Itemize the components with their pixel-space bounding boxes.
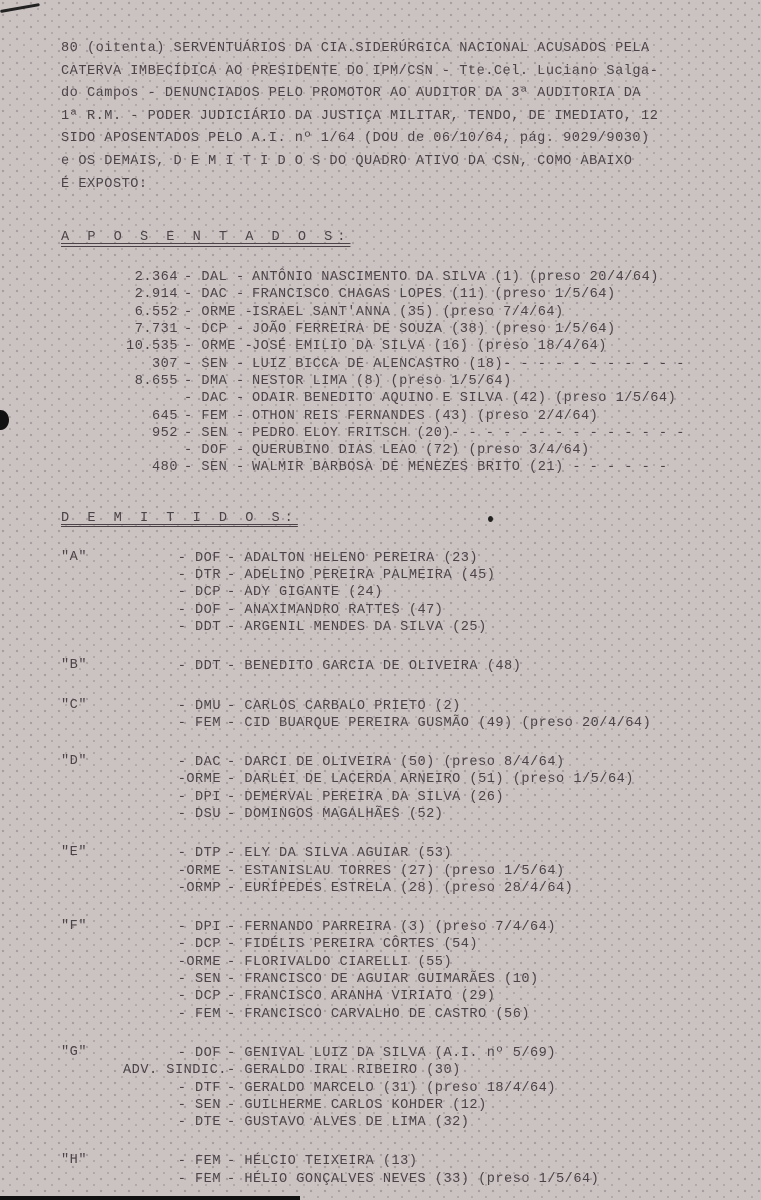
intro-paragraph: 80 (oitenta) SERVENTUÁRIOS DA CIA.SIDERÚ… — [61, 38, 741, 196]
demitido-row: -ORME- DARLEI DE LACERDA ARNEIRO (51) (p… — [123, 771, 741, 788]
group-letter: "H" — [61, 1153, 123, 1188]
department-code: - DAC - — [178, 390, 252, 407]
department-code: -ORME — [123, 954, 227, 971]
aposentados-heading: A P O S E N T A D O S: — [61, 230, 741, 245]
aposentado-row: 307- SEN -LUIZ BICCA DE ALENCASTRO (18)-… — [61, 356, 741, 373]
separator: - — [227, 584, 244, 601]
department-code: - DOF — [123, 602, 227, 619]
department-code: - FEM — [123, 1153, 227, 1170]
separator: - — [227, 1171, 244, 1188]
employee-name: BENEDITO GARCIA DE OLIVEIRA (48) — [244, 658, 521, 675]
separator: - — [227, 602, 244, 619]
separator: - — [227, 619, 244, 636]
group-letter: "B" — [61, 658, 123, 675]
aposentado-row: 2.914- DAC -FRANCISCO CHAGAS LOPES (11) … — [61, 286, 741, 303]
employee-name: WALMIR BARBOSA DE MENEZES BRITO (21) - -… — [252, 459, 668, 476]
demitido-row: -ORME- FLORIVALDO CIARELLI (55) — [123, 954, 741, 971]
group-entries: - DOF- GENIVAL LUIZ DA SILVA (A.I. nº 5/… — [123, 1045, 741, 1131]
department-code: - DMA - — [178, 373, 252, 390]
separator: - — [227, 550, 244, 567]
demitidos-list: "A"- DOF- ADALTON HELENO PEREIRA (23)- D… — [61, 550, 741, 1188]
separator: - — [227, 880, 244, 897]
intro-line: 1ª R.M. - PODER JUDICIÁRIO DA JUSTIÇA MI… — [61, 106, 741, 129]
demitido-row: - FEM- HÉLIO GONÇALVES NEVES (33) (preso… — [123, 1171, 741, 1188]
employee-name: JOÃO FERREIRA DE SOUZA (38) (preso 1/5/6… — [252, 321, 616, 338]
separator: - — [227, 1062, 244, 1079]
separator: - — [227, 863, 244, 880]
separator: - — [227, 954, 244, 971]
demitido-row: - DCP- FIDÉLIS PEREIRA CÔRTES (54) — [123, 936, 741, 953]
group-entries: - DAC- DARCI DE OLIVEIRA (50) (preso 8/4… — [123, 754, 741, 823]
separator: - — [227, 1097, 244, 1114]
separator: - — [227, 567, 244, 584]
demitidos-heading: D E M I T I D O S: — [61, 511, 741, 526]
separator: - — [227, 919, 244, 936]
employee-name: FIDÉLIS PEREIRA CÔRTES (54) — [244, 936, 478, 953]
department-code: - SEN - — [178, 459, 252, 476]
demitido-row: -ORME- ESTANISLAU TORRES (27) (preso 1/5… — [123, 863, 741, 880]
employee-name: ARGENIL MENDES DA SILVA (25) — [244, 619, 486, 636]
demitido-row: - SEN- FRANCISCO DE AGUIAR GUIMARÃES (10… — [123, 971, 741, 988]
employee-name: FRANCISCO CARVALHO DE CASTRO (56) — [244, 1006, 530, 1023]
department-code: - DOF - — [178, 442, 252, 459]
employee-name: DOMINGOS MAGALHÃES (52) — [244, 806, 443, 823]
employee-name: GERALDO MARCELO (31) (preso 18/4/64) — [244, 1080, 556, 1097]
employee-name: FRANCISCO CHAGAS LOPES (11) (preso 1/5/6… — [252, 286, 616, 303]
employee-name: ESTANISLAU TORRES (27) (preso 1/5/64) — [244, 863, 564, 880]
group-letter: "D" — [61, 754, 123, 823]
department-code: - DTF — [123, 1080, 227, 1097]
department-code: - DAC - — [178, 286, 252, 303]
department-code: - SEN — [123, 1097, 227, 1114]
employee-name: LUIZ BICCA DE ALENCASTRO (18)- - - - - -… — [252, 356, 685, 373]
employee-name: GUILHERME CARLOS KOHDER (12) — [244, 1097, 486, 1114]
separator: - — [227, 845, 244, 862]
separator: - — [227, 936, 244, 953]
employee-name: FERNANDO PARREIRA (3) (preso 7/4/64) — [244, 919, 556, 936]
employee-name: ANAXIMANDRO RATTES (47) — [244, 602, 443, 619]
letter-group: "A"- DOF- ADALTON HELENO PEREIRA (23)- D… — [61, 550, 741, 636]
employee-name: CID BUARQUE PEREIRA GUSMÃO (49) (preso 2… — [244, 715, 651, 732]
demitido-row: - FEM- HÉLCIO TEIXEIRA (13) — [123, 1153, 741, 1170]
employee-name: ADALTON HELENO PEREIRA (23) — [244, 550, 478, 567]
registration-number — [61, 442, 178, 459]
intro-line: e OS DEMAIS, D E M I T I D O S DO QUADRO… — [61, 151, 741, 174]
registration-number: 6.552 — [61, 304, 178, 321]
registration-number: 480 — [61, 459, 178, 476]
typewritten-document: 80 (oitenta) SERVENTUÁRIOS DA CIA.SIDERÚ… — [61, 38, 741, 1188]
aposentado-row: 8.655- DMA -NESTOR LIMA (8) (preso 1/5/6… — [61, 373, 741, 390]
demitido-row: - DTF- GERALDO MARCELO (31) (preso 18/4/… — [123, 1080, 741, 1097]
aposentado-row: 645- FEM -OTHON REIS FERNANDES (43) (pre… — [61, 408, 741, 425]
demitido-row: - DSU- DOMINGOS MAGALHÃES (52) — [123, 806, 741, 823]
employee-name: FLORIVALDO CIARELLI (55) — [244, 954, 452, 971]
department-code: - DPI — [123, 919, 227, 936]
demitido-row: - FEM- CID BUARQUE PEREIRA GUSMÃO (49) (… — [123, 715, 741, 732]
letter-group: "G"- DOF- GENIVAL LUIZ DA SILVA (A.I. nº… — [61, 1045, 741, 1131]
group-entries: - DTP- ELY DA SILVA AGUIAR (53)-ORME- ES… — [123, 845, 741, 897]
department-code: - DCP — [123, 584, 227, 601]
department-code: - DTE — [123, 1114, 227, 1131]
department-code: - FEM — [123, 1006, 227, 1023]
group-letter: "F" — [61, 919, 123, 1023]
group-entries: - DMU- CARLOS CARBALO PRIETO (2)- FEM- C… — [123, 698, 741, 733]
demitido-row: - DDT- ARGENIL MENDES DA SILVA (25) — [123, 619, 741, 636]
department-code: ADV. SINDIC. — [123, 1062, 227, 1079]
separator: - — [227, 1080, 244, 1097]
department-code: - DDT — [123, 658, 227, 675]
group-letter: "A" — [61, 550, 123, 636]
department-code: - DTP — [123, 845, 227, 862]
letter-group: "F"- DPI- FERNANDO PARREIRA (3) (preso 7… — [61, 919, 741, 1023]
separator: - — [227, 789, 244, 806]
department-code: -ORME — [123, 771, 227, 788]
employee-name: HÉLIO GONÇALVES NEVES (33) (preso 1/5/64… — [244, 1171, 599, 1188]
department-code: - ORME - — [178, 338, 252, 355]
employee-name: EURÍPEDES ESTRELA (28) (preso 28/4/64) — [244, 880, 573, 897]
aposentado-row: - DAC -ODAIR BENEDITO AQUINO E SILVA (42… — [61, 390, 741, 407]
department-code: - DOF — [123, 550, 227, 567]
department-code: - FEM — [123, 715, 227, 732]
department-code: - DMU — [123, 698, 227, 715]
registration-number: 7.731 — [61, 321, 178, 338]
department-code: - FEM - — [178, 408, 252, 425]
letter-group: "B"- DDT- BENEDITO GARCIA DE OLIVEIRA (4… — [61, 658, 741, 675]
registration-number: 645 — [61, 408, 178, 425]
separator: - — [227, 698, 244, 715]
employee-name: DARCI DE OLIVEIRA (50) (preso 8/4/64) — [244, 754, 564, 771]
group-entries: - DOF- ADALTON HELENO PEREIRA (23)- DTR-… — [123, 550, 741, 636]
department-code: - FEM — [123, 1171, 227, 1188]
separator: - — [227, 771, 244, 788]
group-entries: - FEM- HÉLCIO TEIXEIRA (13)- FEM- HÉLIO … — [123, 1153, 741, 1188]
page-edge — [0, 1196, 300, 1200]
intro-line: do Campos - DENUNCIADOS PELO PROMOTOR AO… — [61, 83, 741, 106]
separator: - — [227, 715, 244, 732]
separator: - — [227, 1153, 244, 1170]
demitido-row: - DCP- FRANCISCO ARANHA VIRIATO (29) — [123, 988, 741, 1005]
aposentado-row: 952- SEN -PEDRO ELOY FRITSCH (20)- - - -… — [61, 425, 741, 442]
department-code: - DCP — [123, 988, 227, 1005]
employee-name: JOSÉ EMILIO DA SILVA (16) (preso 18/4/64… — [252, 338, 607, 355]
demitido-row: ADV. SINDIC.- GERALDO IRAL RIBEIRO (30) — [123, 1062, 741, 1079]
separator: - — [227, 988, 244, 1005]
demitido-row: - DOF- ANAXIMANDRO RATTES (47) — [123, 602, 741, 619]
demitido-row: - DCP- ADY GIGANTE (24) — [123, 584, 741, 601]
department-code: - ORME - — [178, 304, 252, 321]
demitido-row: - DPI- FERNANDO PARREIRA (3) (preso 7/4/… — [123, 919, 741, 936]
employee-name: FRANCISCO DE AGUIAR GUIMARÃES (10) — [244, 971, 538, 988]
letter-group: "E"- DTP- ELY DA SILVA AGUIAR (53)-ORME-… — [61, 845, 741, 897]
employee-name: DARLEI DE LACERDA ARNEIRO (51) (preso 1/… — [244, 771, 634, 788]
letter-group: "H"- FEM- HÉLCIO TEIXEIRA (13)- FEM- HÉL… — [61, 1153, 741, 1188]
department-code: - DTR — [123, 567, 227, 584]
registration-number: 307 — [61, 356, 178, 373]
demitido-row: -ORMP- EURÍPEDES ESTRELA (28) (preso 28/… — [123, 880, 741, 897]
employee-name: GENIVAL LUIZ DA SILVA (A.I. nº 5/69) — [244, 1045, 556, 1062]
separator: - — [227, 1114, 244, 1131]
intro-line: É EXPOSTO: — [61, 174, 741, 197]
demitido-row: - DOF- ADALTON HELENO PEREIRA (23) — [123, 550, 741, 567]
demitido-row: - SEN- GUILHERME CARLOS KOHDER (12) — [123, 1097, 741, 1114]
department-code: - SEN - — [178, 425, 252, 442]
demitido-row: - DTE- GUSTAVO ALVES DE LIMA (32) — [123, 1114, 741, 1131]
separator: - — [227, 806, 244, 823]
employee-name: NESTOR LIMA (8) (preso 1/5/64) — [252, 373, 512, 390]
department-code: - DCP - — [178, 321, 252, 338]
department-code: - SEN — [123, 971, 227, 988]
aposentado-row: 10.535- ORME -JOSÉ EMILIO DA SILVA (16) … — [61, 338, 741, 355]
separator: - — [227, 971, 244, 988]
group-letter: "G" — [61, 1045, 123, 1131]
aposentado-row: 480- SEN -WALMIR BARBOSA DE MENEZES BRIT… — [61, 459, 741, 476]
demitido-row: - DTP- ELY DA SILVA AGUIAR (53) — [123, 845, 741, 862]
employee-name: ODAIR BENEDITO AQUINO E SILVA (42) (pres… — [252, 390, 676, 407]
registration-number: 8.655 — [61, 373, 178, 390]
employee-name: DEMERVAL PEREIRA DA SILVA (26) — [244, 789, 504, 806]
employee-name: PEDRO ELOY FRITSCH (20)- - - - - - - - -… — [252, 425, 685, 442]
department-code: - DDT — [123, 619, 227, 636]
letter-group: "D"- DAC- DARCI DE OLIVEIRA (50) (preso … — [61, 754, 741, 823]
group-entries: - DPI- FERNANDO PARREIRA (3) (preso 7/4/… — [123, 919, 741, 1023]
aposentado-row: 2.364- DAL -ANTÔNIO NASCIMENTO DA SILVA … — [61, 269, 741, 286]
aposentados-list: 2.364- DAL -ANTÔNIO NASCIMENTO DA SILVA … — [61, 269, 741, 477]
group-letter: "C" — [61, 698, 123, 733]
letter-group: "C"- DMU- CARLOS CARBALO PRIETO (2)- FEM… — [61, 698, 741, 733]
separator: - — [227, 754, 244, 771]
employee-name: HÉLCIO TEIXEIRA (13) — [244, 1153, 417, 1170]
demitido-row: - FEM- FRANCISCO CARVALHO DE CASTRO (56) — [123, 1006, 741, 1023]
punch-hole — [0, 410, 9, 430]
demitido-row: - DAC- DARCI DE OLIVEIRA (50) (preso 8/4… — [123, 754, 741, 771]
registration-number: 952 — [61, 425, 178, 442]
employee-name: ADELINO PEREIRA PALMEIRA (45) — [244, 567, 495, 584]
group-entries: - DDT- BENEDITO GARCIA DE OLIVEIRA (48) — [123, 658, 741, 675]
demitido-row: - DPI- DEMERVAL PEREIRA DA SILVA (26) — [123, 789, 741, 806]
department-code: - DOF — [123, 1045, 227, 1062]
registration-number — [61, 390, 178, 407]
department-code: -ORMP — [123, 880, 227, 897]
department-code: - DAC — [123, 754, 227, 771]
demitido-row: - DDT- BENEDITO GARCIA DE OLIVEIRA (48) — [123, 658, 741, 675]
registration-number: 2.914 — [61, 286, 178, 303]
registration-number: 10.535 — [61, 338, 178, 355]
demitido-row: - DMU- CARLOS CARBALO PRIETO (2) — [123, 698, 741, 715]
employee-name: ISRAEL SANT'ANNA (35) (preso 7/4/64) — [252, 304, 564, 321]
separator: - — [227, 1006, 244, 1023]
separator: - — [227, 658, 244, 675]
employee-name: ELY DA SILVA AGUIAR (53) — [244, 845, 452, 862]
intro-line: 80 (oitenta) SERVENTUÁRIOS DA CIA.SIDERÚ… — [61, 38, 741, 61]
department-code: - DSU — [123, 806, 227, 823]
department-code: - DPI — [123, 789, 227, 806]
department-code: - DCP — [123, 936, 227, 953]
employee-name: GERALDO IRAL RIBEIRO (30) — [244, 1062, 460, 1079]
intro-line: SIDO APOSENTADOS PELO A.I. nº 1/64 (DOU … — [61, 128, 741, 151]
department-code: -ORME — [123, 863, 227, 880]
employee-name: CARLOS CARBALO PRIETO (2) — [244, 698, 460, 715]
aposentado-row: 7.731- DCP -JOÃO FERREIRA DE SOUZA (38) … — [61, 321, 741, 338]
intro-line: CATERVA IMBECÍDICA AO PRESIDENTE DO IPM/… — [61, 61, 741, 84]
pen-mark — [0, 3, 40, 13]
demitido-row: - DTR- ADELINO PEREIRA PALMEIRA (45) — [123, 567, 741, 584]
aposentado-row: 6.552- ORME -ISRAEL SANT'ANNA (35) (pres… — [61, 304, 741, 321]
employee-name: OTHON REIS FERNANDES (43) (preso 2/4/64) — [252, 408, 598, 425]
department-code: - DAL - — [178, 269, 252, 286]
department-code: - SEN - — [178, 356, 252, 373]
employee-name: ADY GIGANTE (24) — [244, 584, 383, 601]
employee-name: ANTÔNIO NASCIMENTO DA SILVA (1) (preso 2… — [252, 269, 659, 286]
employee-name: QUERUBINO DIAS LEAO (72) (preso 3/4/64) — [252, 442, 590, 459]
aposentado-row: - DOF -QUERUBINO DIAS LEAO (72) (preso 3… — [61, 442, 741, 459]
demitido-row: - DOF- GENIVAL LUIZ DA SILVA (A.I. nº 5/… — [123, 1045, 741, 1062]
employee-name: GUSTAVO ALVES DE LIMA (32) — [244, 1114, 469, 1131]
employee-name: FRANCISCO ARANHA VIRIATO (29) — [244, 988, 495, 1005]
registration-number: 2.364 — [61, 269, 178, 286]
separator: - — [227, 1045, 244, 1062]
group-letter: "E" — [61, 845, 123, 897]
